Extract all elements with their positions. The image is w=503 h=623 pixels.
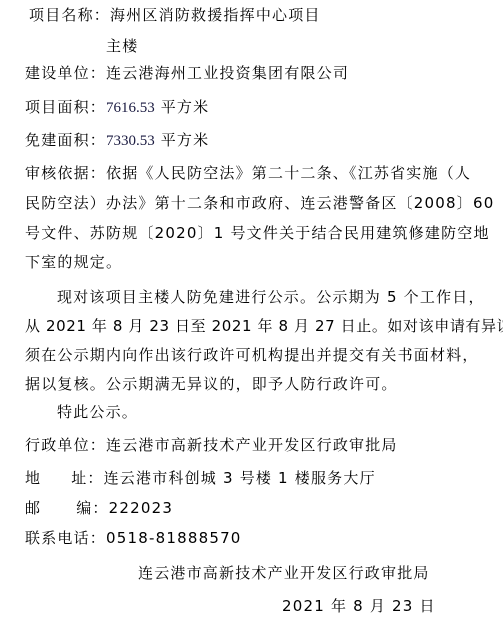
address-value: 连云港市科创城 3 号楼 1 楼服务大厅 bbox=[104, 469, 376, 487]
project-name-value-cont: 主楼 bbox=[106, 36, 138, 56]
project-name-line: 项目名称：海州区消防救援指挥中心项目 bbox=[29, 5, 321, 25]
postcode-line: 邮编：222023 bbox=[25, 498, 173, 518]
signature: 连云港市高新技术产业开发区行政审批局 bbox=[138, 563, 430, 583]
notice-line-2: 从 2021 年 8 月 23 日至 2021 年 8 月 27 日止。如对该申… bbox=[25, 316, 503, 336]
notice-line-4: 据以复核。公示期满无异议的，即予人防行政许可。 bbox=[25, 374, 398, 394]
basis-line-2: 民防空法）办法》第十二条和市政府、连云港警备区〔2008〕60 bbox=[25, 193, 494, 213]
builder-value: 连云港海州工业投资集团有限公司 bbox=[106, 64, 349, 82]
area-value: 7616.53 bbox=[106, 100, 155, 116]
builder-label: 建设单位： bbox=[25, 64, 106, 82]
project-name-value: 海州区消防救援指挥中心项目 bbox=[110, 6, 321, 24]
admin-unit-label: 行政单位： bbox=[25, 436, 106, 454]
basis-line-1: 审核依据：依据《人民防空法》第二十二条、《江苏省实施（人 bbox=[25, 163, 471, 183]
project-name-label: 项目名称： bbox=[29, 6, 110, 24]
basis-line-4: 下室的规定。 bbox=[25, 252, 122, 272]
phone-value: 0518-81888570 bbox=[106, 529, 242, 547]
admin-unit-line: 行政单位：连云港市高新技术产业开发区行政审批局 bbox=[25, 435, 398, 455]
phone-label: 联系电话： bbox=[25, 529, 106, 547]
notice-line-1: 现对该项目主楼人防免建进行公示。公示期为 5 个工作日， bbox=[57, 287, 485, 307]
builder-line: 建设单位：连云港海州工业投资集团有限公司 bbox=[25, 63, 349, 83]
area-line: 项目面积：7616.53 平方米 bbox=[25, 97, 209, 118]
special-notice: 特此公示。 bbox=[57, 402, 138, 422]
address-label-1: 地 bbox=[25, 469, 41, 487]
date: 2021 年 8 月 23 日 bbox=[282, 596, 436, 616]
exempt-area-label: 免建面积： bbox=[25, 131, 106, 149]
exempt-area-line: 免建面积：7330.53 平方米 bbox=[25, 130, 209, 151]
address-line: 地址：连云港市科创城 3 号楼 1 楼服务大厅 bbox=[25, 468, 376, 488]
notice-line-3: 须在公示期内向作出该行政许可机构提出并提交有关书面材料， bbox=[25, 345, 479, 365]
postcode-label-2: 编： bbox=[76, 499, 108, 517]
postcode-value: 222023 bbox=[109, 499, 173, 517]
exempt-area-value: 7330.53 bbox=[106, 133, 155, 149]
postcode-label-1: 邮 bbox=[25, 499, 41, 517]
area-unit: 平方米 bbox=[155, 98, 210, 116]
area-label: 项目面积： bbox=[25, 98, 106, 116]
basis-line-3: 号文件、苏防规〔2020〕1 号文件关于结合民用建筑修建防空地 bbox=[25, 223, 490, 243]
exempt-area-unit: 平方米 bbox=[155, 131, 210, 149]
address-label-2: 址： bbox=[71, 469, 103, 487]
phone-line: 联系电话：0518-81888570 bbox=[25, 528, 242, 548]
admin-unit-value: 连云港市高新技术产业开发区行政审批局 bbox=[106, 436, 398, 454]
